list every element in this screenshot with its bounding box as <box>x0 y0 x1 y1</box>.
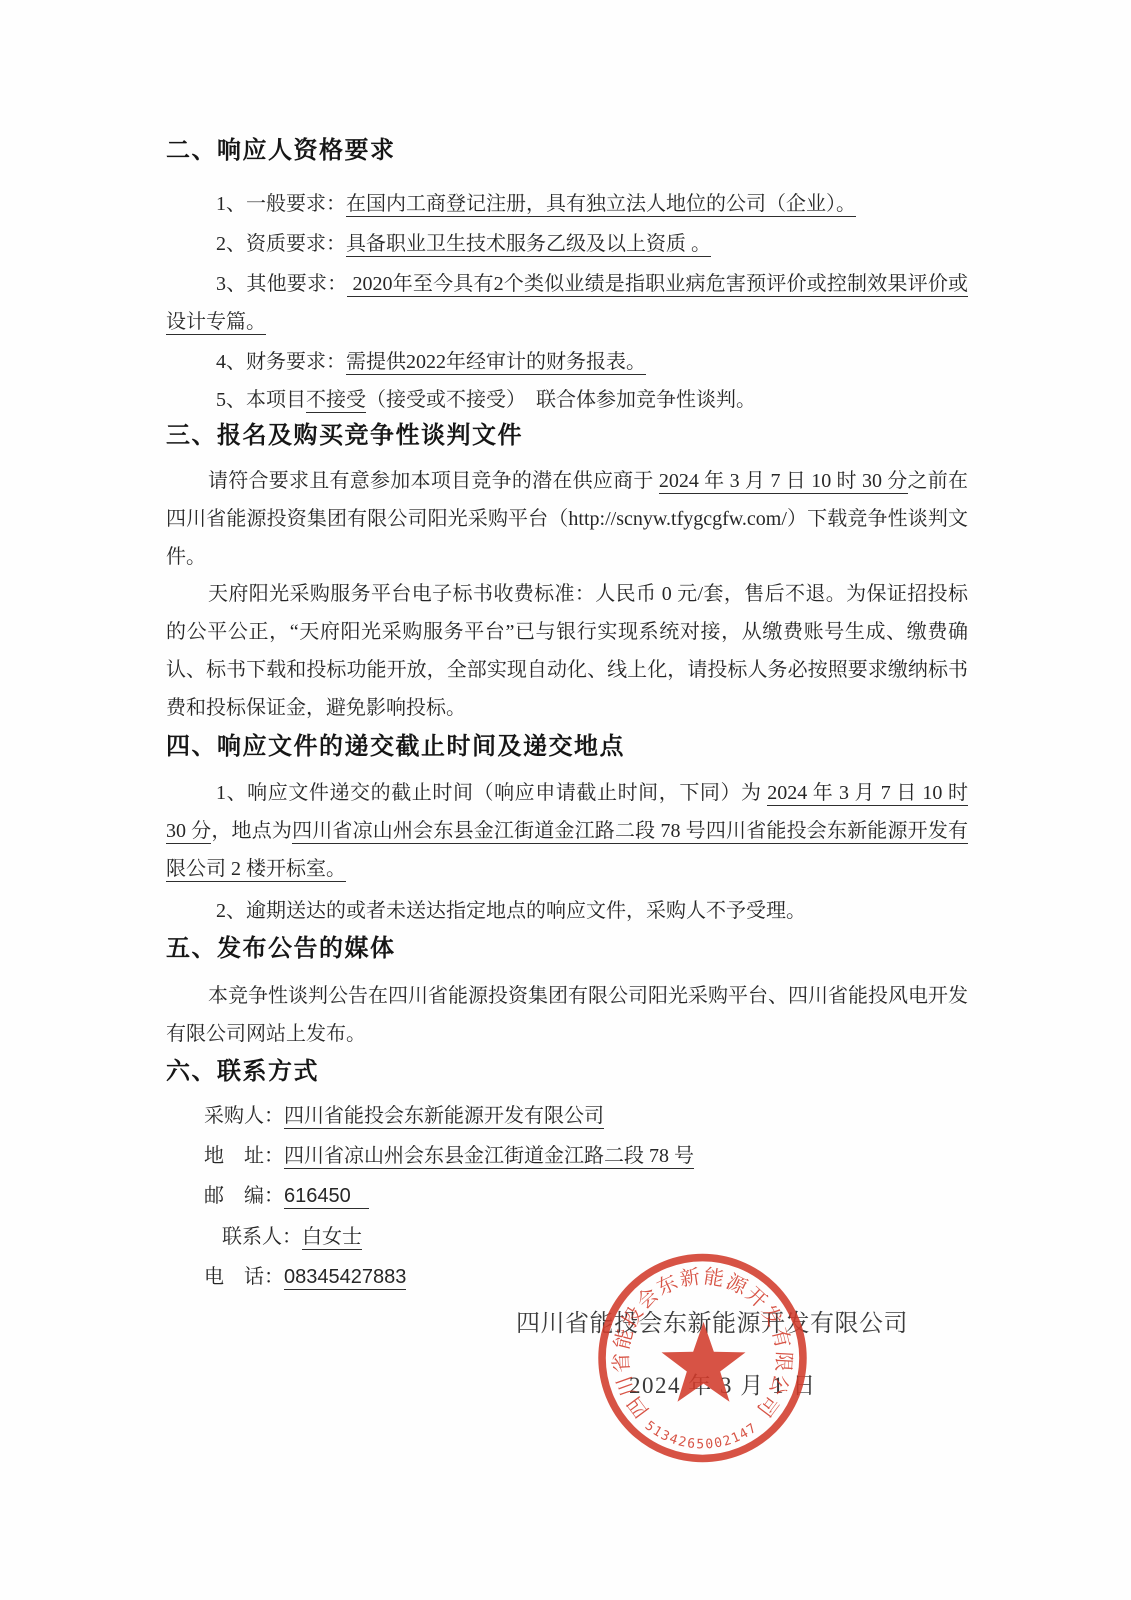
media-paragraph: 本竞争性谈判公告在四川省能源投资集团有限公司阳光采购平台、四川省能投风电开发有限… <box>166 977 968 1053</box>
section-5-heading: 五、发布公告的媒体 <box>166 934 976 964</box>
underline-run: 2024 年 3 月 7 日 10 时 30 分 <box>659 470 908 494</box>
section-3-heading: 三、报名及购买竞争性谈判文件 <box>166 421 976 451</box>
item-middle: ，地点为 <box>211 820 292 842</box>
platform-fee-paragraph: 天府阳光采购服务平台电子标书收费标准：人民币 0 元/套，售后不退。为保证招投标… <box>166 575 968 727</box>
registration-paragraph: 请符合要求且有意参加本项目竞争的潜在供应商于 2024 年 3 月 7 日 10… <box>166 462 968 576</box>
underline-run: 具备职业卫生技术服务乙级及以上资质 。 <box>346 233 711 257</box>
item-prefix: 1、响应文件递交的截止时间（响应申请截止时间，下同）为 <box>216 782 767 804</box>
contact-value: 四川省能投会东新能源开发有限公司 <box>284 1105 604 1129</box>
contact-row-address: 地 址：四川省凉山州会东县金江街道金江路二段 78 号 <box>166 1137 968 1175</box>
item-prefix: 2、资质要求： <box>216 233 346 255</box>
requirement-item-3: 3、其他要求： 2020年至今具有2个类似业绩是指职业病危害预评价或控制效果评价… <box>166 265 968 341</box>
contact-label: 联系人： <box>222 1226 302 1248</box>
contact-row-postcode: 邮 编：616450 <box>166 1177 968 1215</box>
contact-value: 白女士 <box>302 1226 362 1250</box>
contact-value: 四川省凉山州会东县金江街道金江路二段 78 号 <box>284 1145 694 1169</box>
underline-run: 需提供2022年经审计的财务报表。 <box>346 351 646 375</box>
seal-star-icon <box>662 1322 746 1402</box>
deadline-item-1: 1、响应文件递交的截止时间（响应申请截止时间，下同）为 2024 年 3 月 7… <box>166 774 968 888</box>
requirement-item-1: 1、一般要求：在国内工商登记注册，具有独立法人地位的公司（企业）。 <box>166 185 968 223</box>
item-prefix: 1、一般要求： <box>216 193 346 215</box>
contact-label: 邮 编： <box>204 1185 284 1207</box>
requirement-item-5: 5、本项目不接受（接受或不接受） 联合体参加竞争性谈判。 <box>166 381 968 419</box>
item-suffix: （接受或不接受） 联合体参加竞争性谈判。 <box>366 389 756 411</box>
contact-row-purchaser: 采购人：四川省能投会东新能源开发有限公司 <box>166 1097 968 1135</box>
item-prefix: 3、其他要求： <box>216 273 347 295</box>
contact-label: 电 话： <box>204 1266 284 1288</box>
section-2-heading: 二、响应人资格要求 <box>166 136 976 166</box>
contact-value: 616450 <box>284 1185 369 1209</box>
requirement-item-2: 2、资质要求：具备职业卫生技术服务乙级及以上资质 。 <box>166 225 968 263</box>
item-prefix: 4、财务要求： <box>216 351 346 373</box>
contact-label: 地 址： <box>204 1145 284 1167</box>
requirement-item-4: 4、财务要求：需提供2022年经审计的财务报表。 <box>166 343 968 381</box>
company-seal: 四川省能投会东新能源开发有限公司 5134265002147 <box>592 1247 813 1469</box>
contact-row-person: 联系人：白女士 <box>166 1218 968 1256</box>
section-6-heading: 六、联系方式 <box>166 1057 976 1087</box>
section-4-heading: 四、响应文件的递交截止时间及递交地点 <box>166 732 976 762</box>
contact-label: 采购人： <box>204 1105 284 1127</box>
deadline-item-2: 2、逾期送达的或者未送达指定地点的响应文件，采购人不予受理。 <box>166 892 968 930</box>
underline-run: 不接受 <box>306 389 366 413</box>
document-page: 二、响应人资格要求 1、一般要求：在国内工商登记注册，具有独立法人地位的公司（企… <box>0 0 1131 1600</box>
contact-row-phone: 电 话：08345427883 <box>166 1258 968 1296</box>
item-prefix: 5、本项目 <box>216 389 306 411</box>
contact-value: 08345427883 <box>284 1266 406 1290</box>
paragraph-text: 请符合要求且有意参加本项目竞争的潜在供应商于 <box>208 470 659 492</box>
underline-run: 在国内工商登记注册，具有独立法人地位的公司（企业）。 <box>346 193 856 217</box>
